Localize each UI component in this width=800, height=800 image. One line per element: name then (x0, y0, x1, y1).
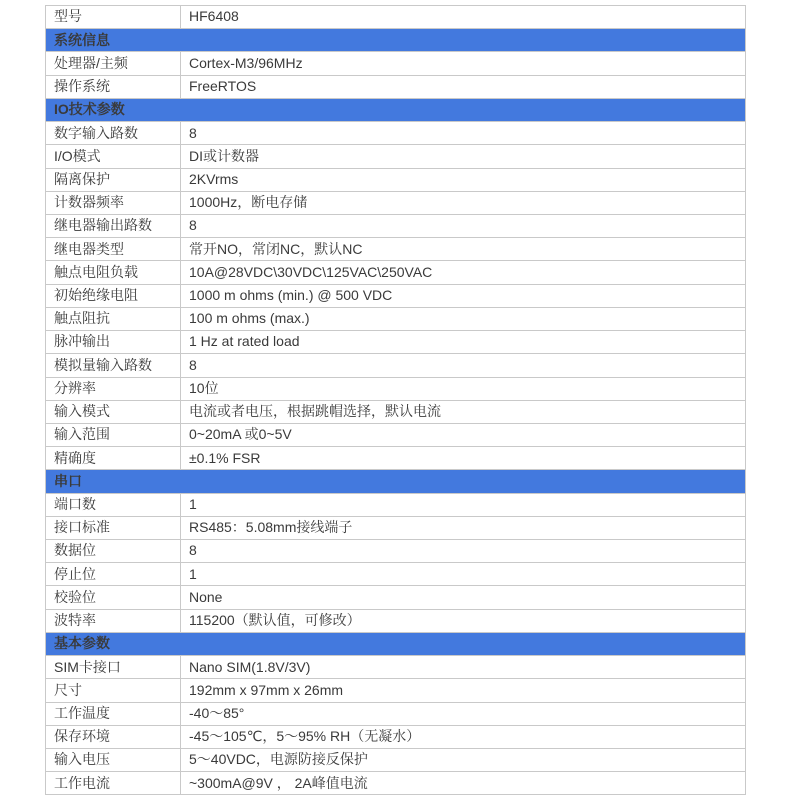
row-value: 1000 m ohms (min.) @ 500 VDC (181, 284, 746, 307)
table-row: 触点阻抗100 m ohms (max.) (46, 307, 746, 330)
row-label: 输入模式 (46, 400, 181, 423)
table-row: 尺寸192mm x 97mm x 26mm (46, 679, 746, 702)
row-value: 192mm x 97mm x 26mm (181, 679, 746, 702)
row-label: 计数器频率 (46, 191, 181, 214)
row-value: DI或计数器 (181, 145, 746, 168)
row-value: 5～40VDC，电源防接反保护 (181, 749, 746, 772)
row-value: 8 (181, 354, 746, 377)
row-label: 保存环境 (46, 725, 181, 748)
row-label: 校验位 (46, 586, 181, 609)
table-row: 脉冲输出1 Hz at rated load (46, 331, 746, 354)
row-label: 数字输入路数 (46, 122, 181, 145)
row-value: RS485：5.08mm接线端子 (181, 516, 746, 539)
row-value: 电流或者电压，根据跳帽选择，默认电流 (181, 400, 746, 423)
row-value: 8 (181, 214, 746, 237)
row-value: 常开NO，常闭NC，默认NC (181, 238, 746, 261)
row-label: 继电器输出路数 (46, 214, 181, 237)
row-value: 1 (181, 563, 746, 586)
row-label: 输入电压 (46, 749, 181, 772)
table-row: I/O模式DI或计数器 (46, 145, 746, 168)
row-label: 输入范围 (46, 423, 181, 446)
row-label: 分辨率 (46, 377, 181, 400)
row-label: 初始绝缘电阻 (46, 284, 181, 307)
table-row: 输入模式电流或者电压，根据跳帽选择，默认电流 (46, 400, 746, 423)
table-row: 处理器/主频Cortex-M3/96MHz (46, 52, 746, 75)
model-value: HF6408 (181, 6, 746, 29)
row-label: 精确度 (46, 447, 181, 470)
row-value: -40～85° (181, 702, 746, 725)
row-label: 工作温度 (46, 702, 181, 725)
spec-table: 型号HF6408系统信息处理器/主频Cortex-M3/96MHz操作系统Fre… (45, 5, 746, 795)
table-row: SIM卡接口Nano SIM(1.8V/3V) (46, 656, 746, 679)
row-label: 端口数 (46, 493, 181, 516)
table-row: 波特率115200（默认值，可修改） (46, 609, 746, 632)
row-label: 模拟量输入路数 (46, 354, 181, 377)
table-row: 输入范围0~20mA 或0~5V (46, 423, 746, 446)
table-row: 初始绝缘电阻1000 m ohms (min.) @ 500 VDC (46, 284, 746, 307)
row-label: 型号 (46, 6, 181, 29)
row-label: 隔离保护 (46, 168, 181, 191)
row-value: None (181, 586, 746, 609)
row-label: 操作系统 (46, 75, 181, 98)
row-label: 停止位 (46, 563, 181, 586)
row-value: 0~20mA 或0~5V (181, 423, 746, 446)
table-row: 隔离保护2KVrms (46, 168, 746, 191)
row-value: 100 m ohms (max.) (181, 307, 746, 330)
row-value: 2KVrms (181, 168, 746, 191)
table-row: 继电器类型常开NO，常闭NC，默认NC (46, 238, 746, 261)
table-row: 工作温度-40～85° (46, 702, 746, 725)
row-label: 数据位 (46, 540, 181, 563)
table-row: 触点电阻负载10A@28VDC\30VDC\125VAC\250VAC (46, 261, 746, 284)
row-value: 115200（默认值，可修改） (181, 609, 746, 632)
row-value: 1 (181, 493, 746, 516)
table-row: 分辨率10位 (46, 377, 746, 400)
row-label: 处理器/主频 (46, 52, 181, 75)
table-row: 校验位None (46, 586, 746, 609)
spec-page: 型号HF6408系统信息处理器/主频Cortex-M3/96MHz操作系统Fre… (0, 0, 800, 800)
row-value: Cortex-M3/96MHz (181, 52, 746, 75)
section-row: 系统信息 (46, 29, 746, 52)
row-label: 工作电流 (46, 772, 181, 795)
row-value: 8 (181, 540, 746, 563)
table-row: 精确度±0.1% FSR (46, 447, 746, 470)
section-row: 基本参数 (46, 632, 746, 655)
row-value: 10A@28VDC\30VDC\125VAC\250VAC (181, 261, 746, 284)
section-row: IO技术参数 (46, 98, 746, 121)
row-label: 尺寸 (46, 679, 181, 702)
section-header-label: 串口 (46, 470, 746, 493)
row-value: 1 Hz at rated load (181, 331, 746, 354)
row-label: 脉冲输出 (46, 331, 181, 354)
row-value: -45～105℃，5～95% RH（无凝水） (181, 725, 746, 748)
row-label: I/O模式 (46, 145, 181, 168)
row-label: 触点电阻负载 (46, 261, 181, 284)
row-value: Nano SIM(1.8V/3V) (181, 656, 746, 679)
table-row: 型号HF6408 (46, 6, 746, 29)
table-row: 端口数1 (46, 493, 746, 516)
row-value: ~300mA@9V ， 2A峰值电流 (181, 772, 746, 795)
section-header-label: 基本参数 (46, 632, 746, 655)
row-value: 8 (181, 122, 746, 145)
row-value: FreeRTOS (181, 75, 746, 98)
row-label: 触点阻抗 (46, 307, 181, 330)
spec-table-body: 型号HF6408系统信息处理器/主频Cortex-M3/96MHz操作系统Fre… (46, 6, 746, 795)
row-value: 1000Hz，断电存储 (181, 191, 746, 214)
table-row: 输入电压5～40VDC，电源防接反保护 (46, 749, 746, 772)
table-row: 数字输入路数8 (46, 122, 746, 145)
row-label: 波特率 (46, 609, 181, 632)
row-label: SIM卡接口 (46, 656, 181, 679)
table-row: 操作系统FreeRTOS (46, 75, 746, 98)
section-header-label: IO技术参数 (46, 98, 746, 121)
section-header-label: 系统信息 (46, 29, 746, 52)
table-row: 数据位8 (46, 540, 746, 563)
row-value: 10位 (181, 377, 746, 400)
table-row: 继电器输出路数8 (46, 214, 746, 237)
table-row: 工作电流~300mA@9V ， 2A峰值电流 (46, 772, 746, 795)
table-row: 接口标准RS485：5.08mm接线端子 (46, 516, 746, 539)
table-row: 停止位1 (46, 563, 746, 586)
row-label: 继电器类型 (46, 238, 181, 261)
row-label: 接口标准 (46, 516, 181, 539)
section-row: 串口 (46, 470, 746, 493)
table-row: 保存环境-45～105℃，5～95% RH（无凝水） (46, 725, 746, 748)
table-row: 模拟量输入路数8 (46, 354, 746, 377)
row-value: ±0.1% FSR (181, 447, 746, 470)
table-row: 计数器频率1000Hz，断电存储 (46, 191, 746, 214)
